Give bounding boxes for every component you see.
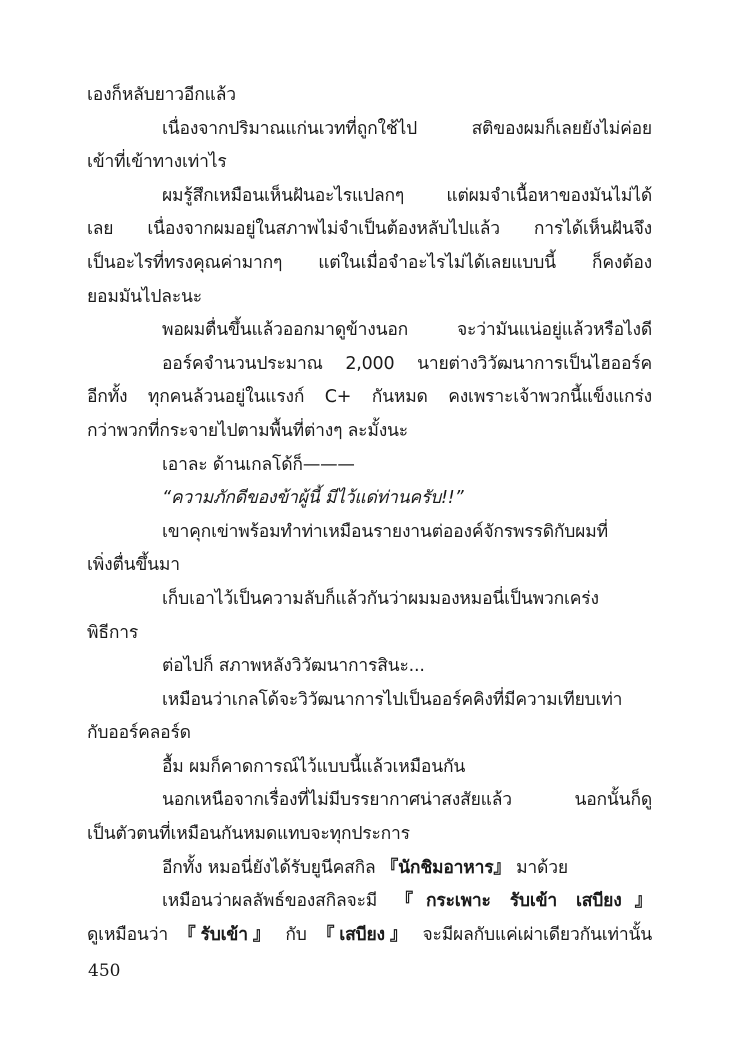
paragraph-line: เอาละ ด้านเกลโด้ก็———: [87, 449, 652, 483]
paragraph-line: กว่าพวกที่กระจายไปตามพื้นที่ต่างๆ ละมั้ง…: [87, 415, 652, 449]
paragraph-line: เองก็หลับยาวอีกแล้ว: [87, 79, 652, 113]
paragraph-line: เลย เนื่องจากผมอยู่ในสภาพไม่จำเป็นต้องหล…: [87, 213, 652, 247]
paragraph-line: เป็นอะไรที่ทรงคุณค่ามากๆ แต่ในเมื่อจำอะไ…: [87, 247, 652, 281]
dialogue-line: “ความภักดีของข้าผู้นี้ มีไว้แด่ท่านครับ!…: [87, 482, 652, 516]
skill-line-text: เหมือนว่าผลลัพธ์ของสกิลจะมี: [162, 891, 396, 911]
paragraph-line: เขาคุกเข่าพร้อมทำท่าเหมือนรายงานต่อองค์จ…: [87, 516, 652, 550]
skill-line-text: ดูเหมือนว่า: [87, 925, 178, 945]
paragraph-line: อื้ม ผมก็คาดการณ์ไว้แบบนี้แล้วเหมือนกัน: [87, 751, 652, 785]
paragraph-line: กับออร์คลอร์ด: [87, 717, 652, 751]
skill-name: 『นักชิมอาหาร』: [381, 858, 511, 878]
skill-line: เหมือนว่าผลลัพธ์ของสกิลจะมี 『กระเพาะ รับ…: [87, 885, 652, 919]
paragraph-line: ผมรู้สึกเหมือนเห็นฝันอะไรแปลกๆ แต่ผมจำเน…: [87, 180, 652, 214]
paragraph-line: ออร์คจำนวนประมาณ 2,000 นายต่างวิวัฒนาการ…: [87, 348, 652, 382]
paragraph-line: ยอมมันไปละนะ: [87, 281, 652, 315]
skill-name: 『เสบียง』: [317, 925, 412, 945]
skill-line: อีกทั้ง หมอนี่ยังได้รับยูนีคสกิล 『นักชิม…: [87, 852, 652, 886]
paragraph-line: เข้าที่เข้าทางเท่าไร: [87, 146, 652, 180]
paragraph-line: พิธีการ: [87, 617, 652, 651]
paragraph-line: เป็นตัวตนที่เหมือนกันหมดแทบจะทุกประการ: [87, 818, 652, 852]
body-text: เองก็หลับยาวอีกแล้ว เนื่องจากปริมาณแก่นเ…: [87, 79, 652, 952]
paragraph-line: พอผมตื่นขึ้นแล้วออกมาดูข้างนอก จะว่ามันแ…: [87, 314, 652, 348]
skill-line: ดูเหมือนว่า 『รับเข้า』 กับ 『เสบียง』 จะมีผ…: [87, 919, 652, 953]
skill-name: 『รับเข้า』: [178, 925, 275, 945]
skill-line-text: กับ: [275, 925, 317, 945]
skill-name: 『กระเพาะ รับเข้า เสบียง』: [396, 891, 652, 911]
paragraph-line: นอกเหนือจากเรื่องที่ไม่มีบรรยากาศน่าสงสั…: [87, 784, 652, 818]
paragraph-line: ต่อไปก็ สภาพหลังวิวัฒนาการสินะ...: [87, 650, 652, 684]
skill-line-text: มาด้วย: [511, 858, 568, 878]
skill-line-text: จะมีผลกับแค่เผ่าเดียวกันเท่านั้น: [412, 925, 652, 945]
paragraph-line: เก็บเอาไว้เป็นความลับก็แล้วกันว่าผมมองหม…: [87, 583, 652, 617]
paragraph-line: เพิ่งตื่นขึ้นมา: [87, 549, 652, 583]
book-page: เองก็หลับยาวอีกแล้ว เนื่องจากปริมาณแก่นเ…: [0, 0, 738, 1051]
skill-line-text: อีกทั้ง หมอนี่ยังได้รับยูนีคสกิล: [162, 858, 381, 878]
page-number: 450: [88, 961, 120, 981]
paragraph-line: อีกทั้ง ทุกคนล้วนอยู่ในแรงก์ C+ กันหมด ค…: [87, 381, 652, 415]
paragraph-line: เหมือนว่าเกลโด้จะวิวัฒนาการไปเป็นออร์คคิ…: [87, 684, 652, 718]
paragraph-line: เนื่องจากปริมาณแก่นเวทที่ถูกใช้ไป สติของ…: [87, 113, 652, 147]
